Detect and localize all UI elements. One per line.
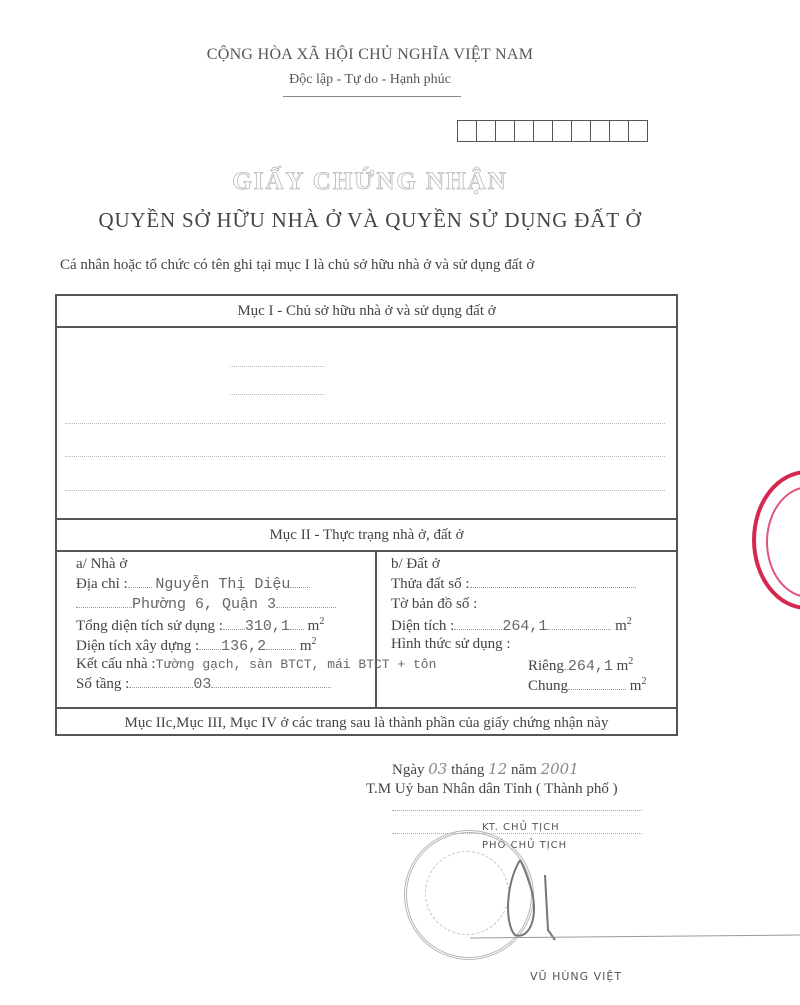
authority-line — [392, 810, 642, 811]
address-value-line1: Nguyễn Thị Diệu — [155, 576, 290, 593]
map-row: Tờ bản đồ số : — [391, 596, 477, 613]
house-heading: a/ Nhà ở — [76, 556, 127, 573]
national-motto: Độc lập - Tự do - Hạnh phúc — [0, 72, 740, 88]
structure-value: Tường gạch, sàn BTCT, mái BTCT + tôn — [156, 657, 437, 672]
floors-label: Số tầng : — [76, 676, 129, 692]
map-sheet-label: Tờ bản đồ số : — [391, 596, 477, 612]
build-area-label: Diện tích xây dựng : — [76, 638, 199, 654]
floors-value: 03 — [193, 676, 211, 693]
floors-row: Số tầng :03 — [76, 676, 331, 693]
owner-line — [65, 423, 665, 424]
usage-row: Hình thức sử dụng : — [391, 636, 511, 653]
private-use-value: 264,1 — [568, 658, 613, 675]
private-use-unit: m — [617, 658, 629, 674]
date-year: 2001 — [541, 760, 579, 778]
build-area-unit: m — [300, 638, 312, 654]
serial-box — [629, 121, 647, 141]
signature-mark — [500, 855, 560, 945]
document-title: GIẤY CHỨNG NHẬN — [0, 168, 740, 196]
owner-line — [65, 490, 665, 491]
section2-heading: Mục II - Thực trạng nhà ở, đất ở — [57, 520, 676, 552]
date-month: 12 — [488, 760, 507, 778]
owner-line — [230, 366, 325, 367]
land-heading: b/ Đất ở — [391, 556, 440, 573]
nation-header: CỘNG HÒA XÃ HỘI CHỦ NGHĨA VIỆT NAM — [0, 46, 740, 64]
serial-box — [458, 121, 477, 141]
year-label: năm — [511, 762, 537, 778]
serial-box — [477, 121, 496, 141]
date-row: Ngày 03 tháng 12 năm 2001 — [392, 760, 579, 779]
section1-heading: Mục I - Chủ sở hữu nhà ở và sử dụng đất … — [57, 296, 676, 328]
footer-note: Mục IIc,Mục III, Mục IV ở các trang sau … — [57, 710, 676, 736]
structure-row: Kết cấu nhà :Tường gạch, sàn BTCT, mái B… — [76, 656, 436, 673]
document-subtitle: QUYỀN SỞ HỮU NHÀ Ở VÀ QUYỀN SỬ DỤNG ĐẤT … — [0, 208, 740, 233]
authority: T.M Uỷ ban Nhân dân Tỉnh ( Thành phố ) — [366, 781, 618, 798]
usage-label: Hình thức sử dụng : — [391, 636, 511, 652]
serial-box — [534, 121, 553, 141]
serial-number-boxes — [457, 120, 648, 142]
private-use-label: Riêng — [528, 658, 564, 674]
land-area-label: Diện tích : — [391, 618, 454, 634]
serial-box — [610, 121, 629, 141]
signer-name: VŨ HÙNG VIỆT — [530, 970, 622, 983]
column-divider — [375, 552, 377, 708]
motto-underline — [283, 96, 461, 97]
address-label: Địa chỉ : — [76, 576, 128, 592]
build-area-row: Diện tích xây dựng :136,2 m2 — [76, 636, 317, 655]
land-area-unit: m — [615, 618, 627, 634]
serial-box — [553, 121, 572, 141]
land-area-row: Diện tích :264,1 m2 — [391, 616, 632, 635]
owner-line — [230, 394, 325, 395]
serial-box — [591, 121, 610, 141]
land-area-value: 264,1 — [502, 618, 547, 635]
section-divider — [57, 707, 676, 709]
build-area-value: 136,2 — [221, 638, 266, 655]
structure-label: Kết cấu nhà : — [76, 656, 156, 672]
on-behalf-label: KT. CHỦ TỊCH — [478, 822, 564, 833]
red-seal — [752, 470, 800, 610]
shared-use-row: Chung m2 — [528, 676, 646, 695]
serial-box — [496, 121, 515, 141]
total-area-value: 310,1 — [245, 618, 290, 635]
parcel-row: Thửa đất số : — [391, 576, 636, 593]
shared-use-label: Chung — [528, 678, 568, 694]
date-day: 03 — [428, 760, 447, 778]
total-area-unit: m — [308, 618, 320, 634]
private-use-row: Riêng264,1 m2 — [528, 656, 633, 675]
total-area-label: Tổng diện tích sử dụng : — [76, 618, 223, 634]
owner-line — [65, 456, 665, 457]
shared-use-unit: m — [630, 678, 642, 694]
authority-line — [392, 833, 642, 834]
total-area-row: Tổng diện tích sử dụng :310,1 m2 — [76, 616, 324, 635]
serial-box — [572, 121, 591, 141]
address-row-2: Phường 6, Quận 3 — [76, 596, 336, 613]
serial-box — [515, 121, 534, 141]
intro-text: Cá nhân hoặc tổ chức có tên ghi tại mục … — [60, 257, 534, 274]
month-label: tháng — [451, 762, 484, 778]
date-prefix: Ngày — [392, 762, 425, 778]
address-value-line2: Phường 6, Quận 3 — [132, 596, 276, 613]
parcel-label: Thửa đất số : — [391, 576, 470, 592]
address-row: Địa chỉ : Nguyễn Thị Diệu — [76, 576, 310, 593]
